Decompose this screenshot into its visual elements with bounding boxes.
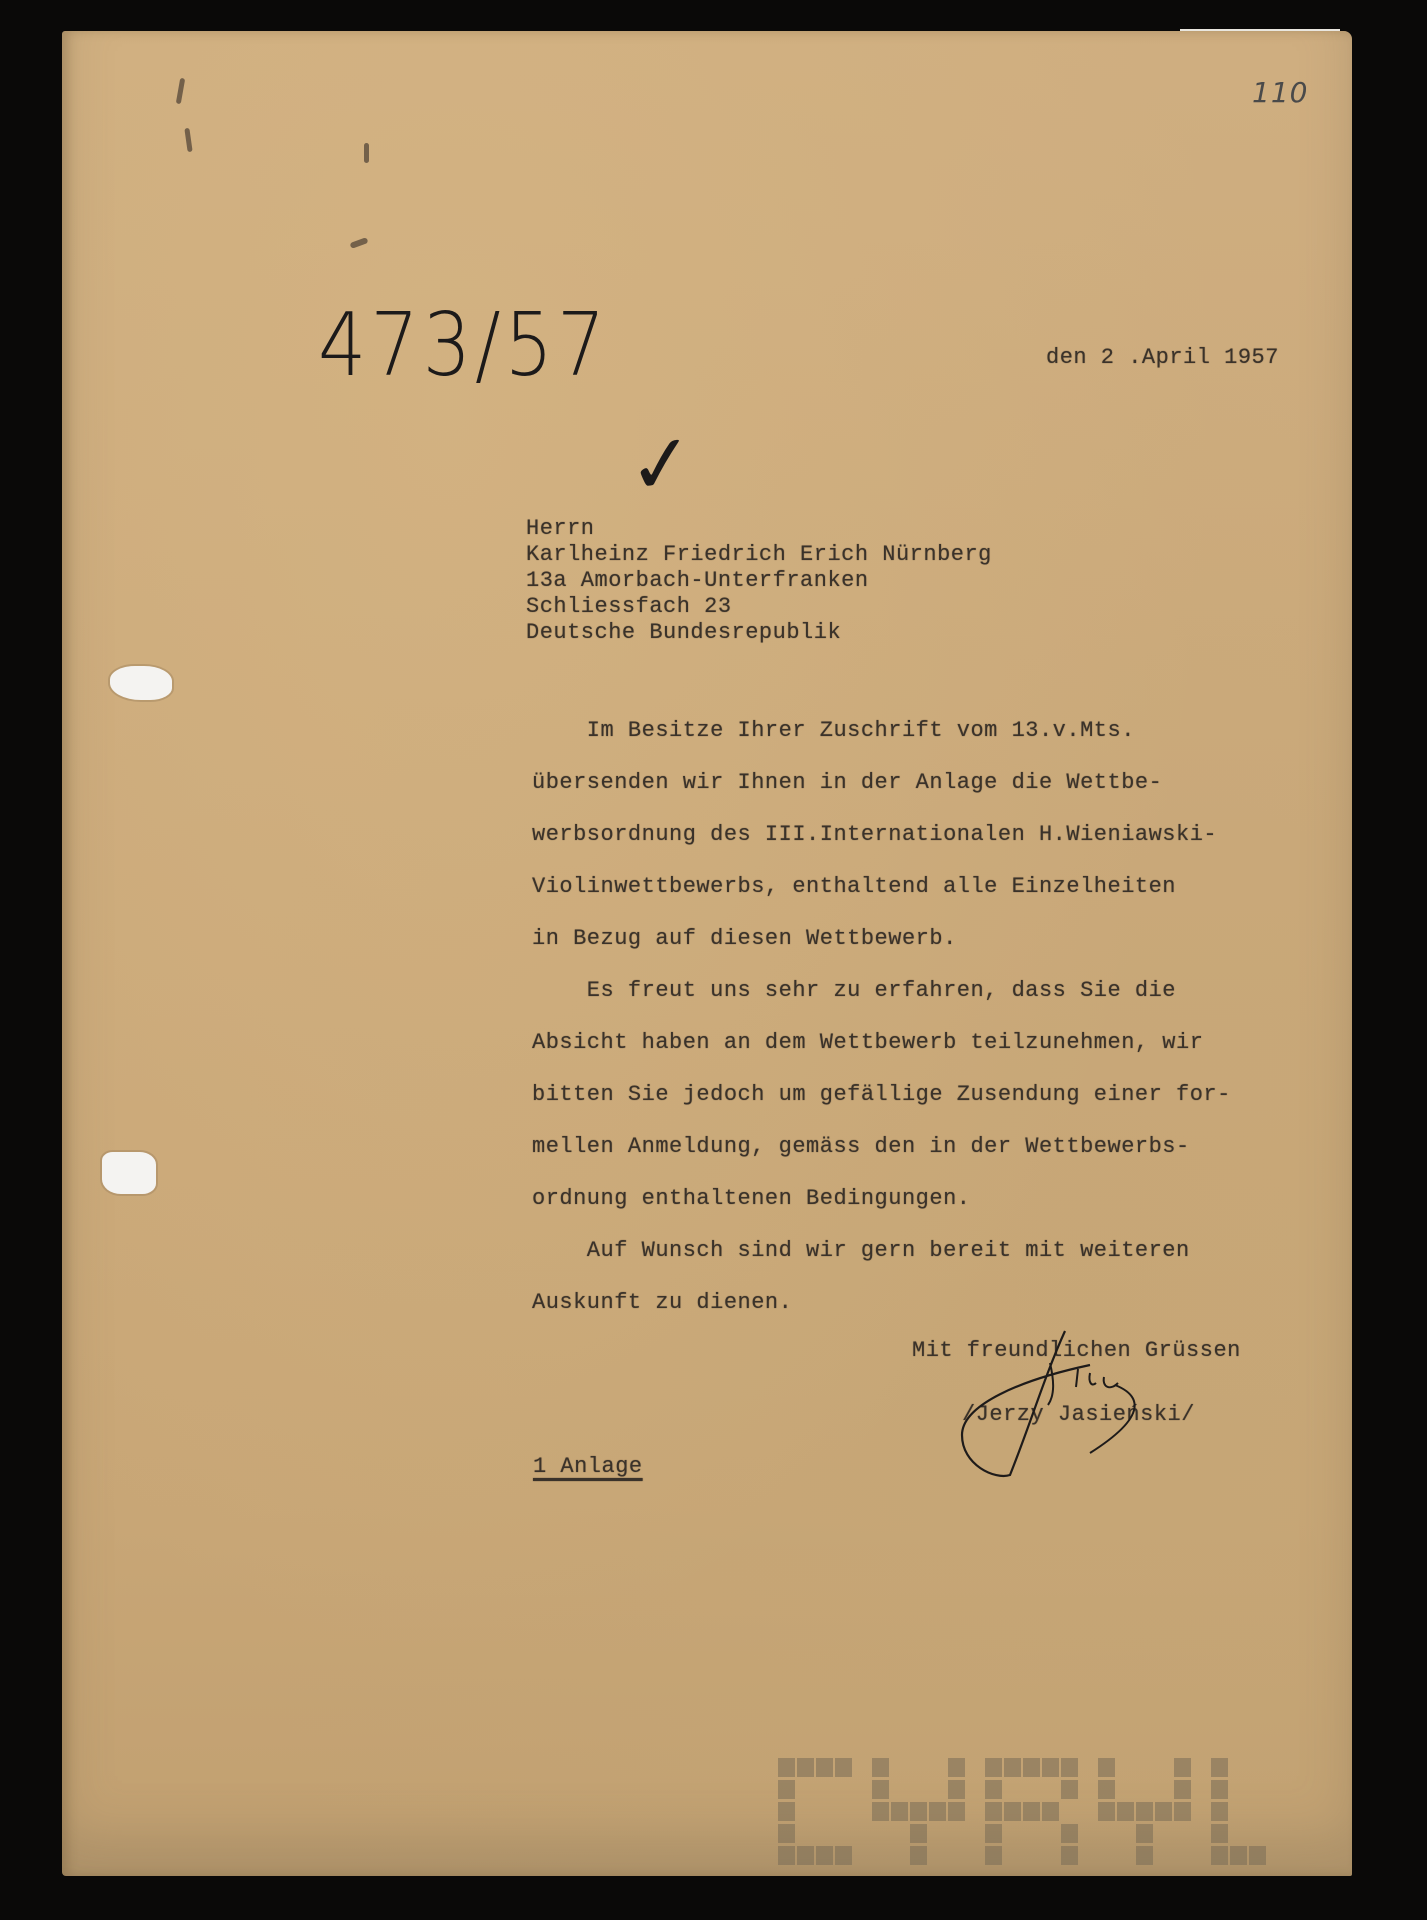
letter-sheet [62,31,1352,1876]
date-line: den 2 .April 1957 [1046,345,1279,371]
body-line: bitten Sie jedoch um gefällige Zusendung… [532,1082,1231,1108]
body-line: Im Besitze Ihrer Zuschrift vom 13.v.Mts. [532,718,1135,744]
recipient-country: Deutsche Bundesrepublik [526,620,841,646]
body-line: ordnung enthaltenen Bedingungen. [532,1186,970,1212]
body-line: Es freut uns sehr zu erfahren, dass Sie … [532,978,1176,1004]
body-line: übersenden wir Ihnen in der Anlage die W… [532,770,1162,796]
archive-number: 110 [1252,76,1308,109]
body-line: Auskunft zu dienen. [532,1290,792,1316]
punch-hole-bottom [102,1152,156,1194]
ink-smudge-mark [364,143,369,163]
enclosure-note: 1 Anlage [533,1454,643,1480]
body-line: werbsordnung des III.Internationalen H.W… [532,822,1217,848]
handwritten-reference: 473/57 [318,293,609,395]
recipient-address-2: Schliessfach 23 [526,594,732,620]
body-line: mellen Anmeldung, gemäss den in der Wett… [532,1134,1190,1160]
recipient-salutation: Herrn [526,516,595,542]
recipient-name: Karlheinz Friedrich Erich Nürnberg [526,542,992,568]
signature [950,1325,1210,1485]
body-line: Absicht haben an dem Wettbewerb teilzune… [532,1030,1203,1056]
body-line: in Bezug auf diesen Wettbewerb. [532,926,957,952]
recipient-address-1: 13a Amorbach-Unterfranken [526,568,869,594]
checkmark-icon: ✓ [623,415,699,514]
punch-hole-top [110,666,172,700]
body-line: Violinwettbewerbs, enthaltend alle Einze… [532,874,1176,900]
body-line: Auf Wunsch sind wir gern bereit mit weit… [532,1238,1190,1264]
